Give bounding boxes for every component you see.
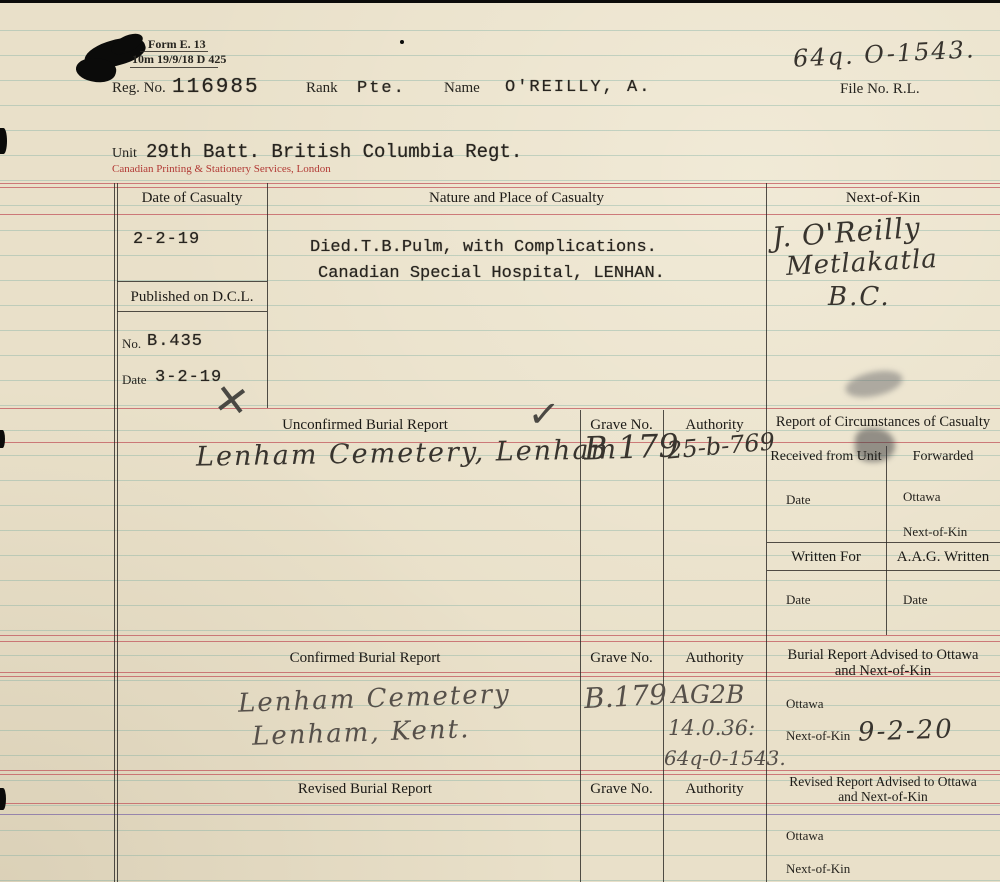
next-of-kin-header: Next-of-Kin — [766, 190, 1000, 207]
cell-rule — [117, 281, 267, 282]
table-border — [886, 446, 887, 635]
confirmed-authority-line2-handwritten: 14.0.36: — [668, 716, 755, 740]
unconfirmed-grave-handwritten: B 179 — [583, 426, 679, 467]
unconfirmed-burial-header: Unconfirmed Burial Report — [230, 417, 500, 434]
casualty-record-card: Form E. 13 10m 19/9/18 D 425 64q. O-1543… — [0, 0, 1000, 882]
revised-ottawa-label: Ottawa — [786, 828, 824, 844]
aag-written-label: A.A.G. Written — [886, 549, 1000, 566]
advised-nok-label: Next-of-Kin — [786, 728, 850, 744]
dcl-no-value: B.435 — [147, 332, 203, 351]
rank-label: Rank — [306, 80, 338, 97]
confirmed-authority-line3-handwritten: 64q-0-1543. — [664, 746, 786, 770]
confirmed-report-line1-handwritten: Lenham Cemetery — [238, 679, 512, 719]
name-value: O'REILLY, A. — [505, 78, 651, 97]
revised-advised-header-line1: Revised Report Advised to Ottawa — [766, 774, 1000, 790]
forwarded-ottawa-label: Ottawa — [903, 489, 941, 505]
ink-smudge — [843, 366, 905, 402]
unit-label: Unit — [112, 146, 137, 162]
ink-dot — [400, 40, 404, 44]
published-dcl-header: Published on D.C.L. — [117, 289, 267, 306]
burial-advised-header-line2: and Next-of-Kin — [766, 663, 1000, 680]
file-no-label: File No. R.L. — [840, 81, 920, 98]
scan-edge-mark — [0, 0, 1000, 3]
grave-no-header: Grave No. — [580, 650, 663, 667]
burial-advised-header-line1: Burial Report Advised to Ottawa — [766, 647, 1000, 664]
rule-purple — [0, 814, 1000, 815]
dcl-date-value: 3-2-19 — [155, 368, 222, 387]
received-date-label: Date — [786, 492, 811, 508]
confirmed-authority-line1-handwritten: AG2B — [672, 680, 744, 709]
aag-date-label: Date — [903, 592, 928, 608]
dcl-no-label: No. — [122, 336, 141, 352]
received-from-unit-label: Received from Unit — [766, 449, 886, 465]
cell-rule — [117, 311, 267, 312]
unit-value: 29th Batt. British Columbia Regt. — [146, 141, 522, 163]
rule — [0, 187, 1000, 188]
authority-header: Authority — [663, 781, 766, 798]
table-border — [114, 183, 115, 882]
scan-edge-mark — [0, 430, 5, 448]
nature-line2: Canadian Special Hospital, LENHAN. — [318, 264, 665, 283]
rule — [0, 183, 1000, 184]
table-border — [580, 410, 581, 882]
revised-nok-label: Next-of-Kin — [786, 861, 850, 877]
confirmed-burial-header: Confirmed Burial Report — [230, 650, 500, 667]
written-for-date-label: Date — [786, 592, 811, 608]
rule — [0, 635, 1000, 636]
name-label: Name — [444, 80, 480, 97]
nature-header: Nature and Place of Casualty — [267, 190, 766, 207]
advised-ottawa-label: Ottawa — [786, 696, 824, 712]
rule — [0, 408, 1000, 409]
stamp-rule — [130, 67, 218, 68]
nok-province-handwritten: B.C. — [828, 282, 891, 312]
table-border — [117, 183, 118, 882]
form-number-stamp: Form E. 13 — [148, 37, 206, 52]
printer-imprint: Canadian Printing & Stationery Services,… — [112, 163, 331, 175]
revised-burial-header: Revised Burial Report — [230, 781, 500, 798]
written-for-label: Written For — [766, 549, 886, 566]
unconfirmed-report-handwritten: Lenham Cemetery, Lenham — [196, 434, 619, 472]
dcl-date-label: Date — [122, 372, 147, 388]
date-of-casualty-header: Date of Casualty — [117, 190, 267, 207]
rule — [0, 641, 1000, 642]
rule — [0, 770, 1000, 771]
confirmed-grave-handwritten: B.179 — [583, 678, 668, 715]
scan-edge-mark — [0, 788, 6, 810]
revised-advised-header-line2: and Next-of-Kin — [766, 789, 1000, 805]
handwritten-file-ref: 64q. O-1543. — [792, 35, 976, 73]
form-print-code-stamp: 10m 19/9/18 D 425 — [132, 52, 226, 67]
confirmed-report-line2-handwritten: Lenham, Kent. — [252, 714, 471, 752]
reg-no-value: 116985 — [172, 76, 260, 99]
reg-no-label: Reg. No. — [112, 80, 166, 97]
forwarded-nok-label: Next-of-Kin — [903, 524, 967, 540]
forwarded-label: Forwarded — [886, 449, 1000, 465]
nature-line1: Died.T.B.Pulm, with Complications. — [310, 238, 657, 257]
circumstances-header: Report of Circumstances of Casualty — [766, 414, 1000, 431]
authority-header: Authority — [663, 650, 766, 667]
advised-nok-date-handwritten: 9-2-20 — [858, 714, 955, 747]
rank-value: Pte. — [357, 79, 406, 98]
handwritten-check-mark: ✓ — [526, 391, 562, 438]
table-border — [267, 183, 268, 408]
casualty-date-value: 2-2-19 — [133, 230, 200, 249]
cell-rule — [767, 570, 1000, 571]
table-border — [663, 410, 664, 882]
scan-edge-mark — [0, 128, 7, 154]
grave-no-header: Grave No. — [580, 781, 663, 798]
cell-rule — [767, 542, 1000, 543]
